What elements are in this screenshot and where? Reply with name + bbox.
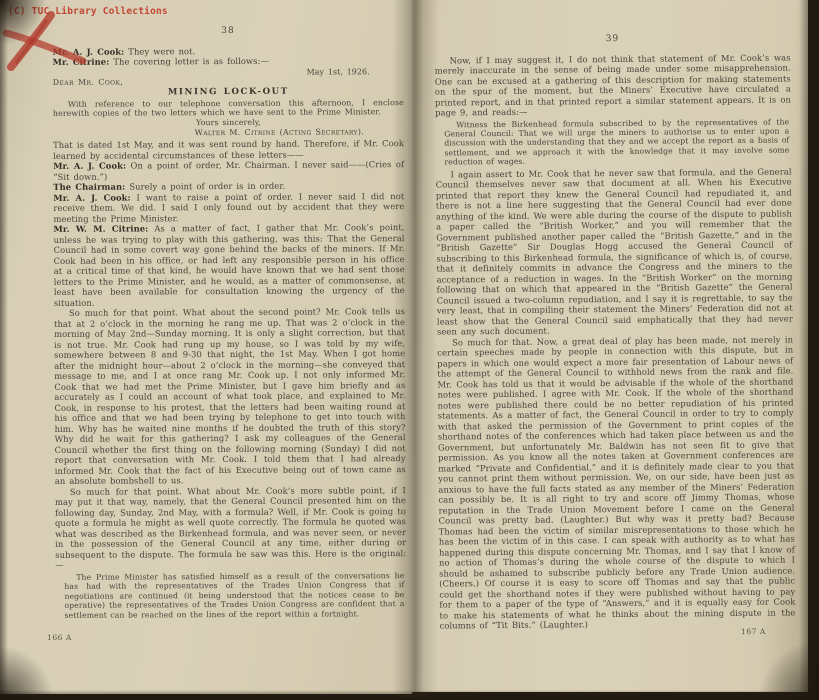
- dialogue-text: Surely a point of order is in order.: [129, 181, 285, 192]
- dialogue-line: Mr. A. J. Cook: On a point of order, Mr.…: [53, 160, 404, 183]
- red-crayon-x-mark: [1, 11, 95, 73]
- dialogue-line: Mr. Citrine: The covering letter is as f…: [53, 55, 404, 67]
- paragraph: I again assert to Mr. Cook that he never…: [436, 166, 793, 337]
- paragraph: So much for that. Now, a great deal of p…: [437, 334, 796, 631]
- letter-signature: Walter M. Citrine (Acting Secretary).: [53, 127, 364, 138]
- dialogue-text: As a matter of fact, I gather that Mr. C…: [54, 223, 405, 308]
- scanned-book-spread: { "scan": { "stamp_text": "(C) TUC Libra…: [0, 0, 819, 700]
- speaker-name: Mr. A. J. Cook:: [53, 161, 126, 171]
- letter-body: With reference to our telephone conversa…: [53, 98, 404, 119]
- paragraph: So much for that point. What about Mr. C…: [55, 485, 406, 571]
- left-page: 38 Mr. A. J. Cook: They were not. Mr. Ci…: [52, 25, 406, 622]
- left-folio: 166 A: [47, 633, 72, 642]
- right-page: 39 Now, if I may suggest it, I do not th…: [434, 32, 795, 631]
- paragraph: So much for that point. What about the s…: [54, 307, 406, 487]
- paragraph: That is dated 1st May, and it was sent r…: [53, 139, 404, 162]
- quoted-letter: May 1st, 1926. Dear Mr. Cook, MINING LOC…: [53, 67, 404, 139]
- right-page-number: 39: [434, 32, 790, 46]
- letter-heading: MINING LOCK-OUT: [53, 87, 404, 99]
- block-quote: Witness the Birkenhead formula subscribe…: [444, 117, 789, 167]
- paragraph: Now, if I may suggest it, I do not think…: [435, 52, 792, 118]
- speaker-name: The Chairman:: [53, 182, 125, 192]
- dialogue-line: Mr. W. M. Citrine: As a matter of fact, …: [53, 223, 404, 309]
- dialogue-text: The covering letter is as follows:—: [113, 56, 269, 67]
- dialogue-line: Mr. A. J. Cook: I want to raise a point …: [53, 191, 404, 224]
- block-quote: The Prime Minister has satisfied himself…: [64, 571, 404, 620]
- dialogue-text: They were not.: [128, 46, 195, 56]
- speaker-name: Mr. W. M. Citrine:: [53, 224, 148, 234]
- speaker-name: Mr. A. J. Cook:: [53, 192, 130, 202]
- left-page-number: 38: [52, 25, 403, 37]
- right-folio: 167 A: [741, 627, 766, 636]
